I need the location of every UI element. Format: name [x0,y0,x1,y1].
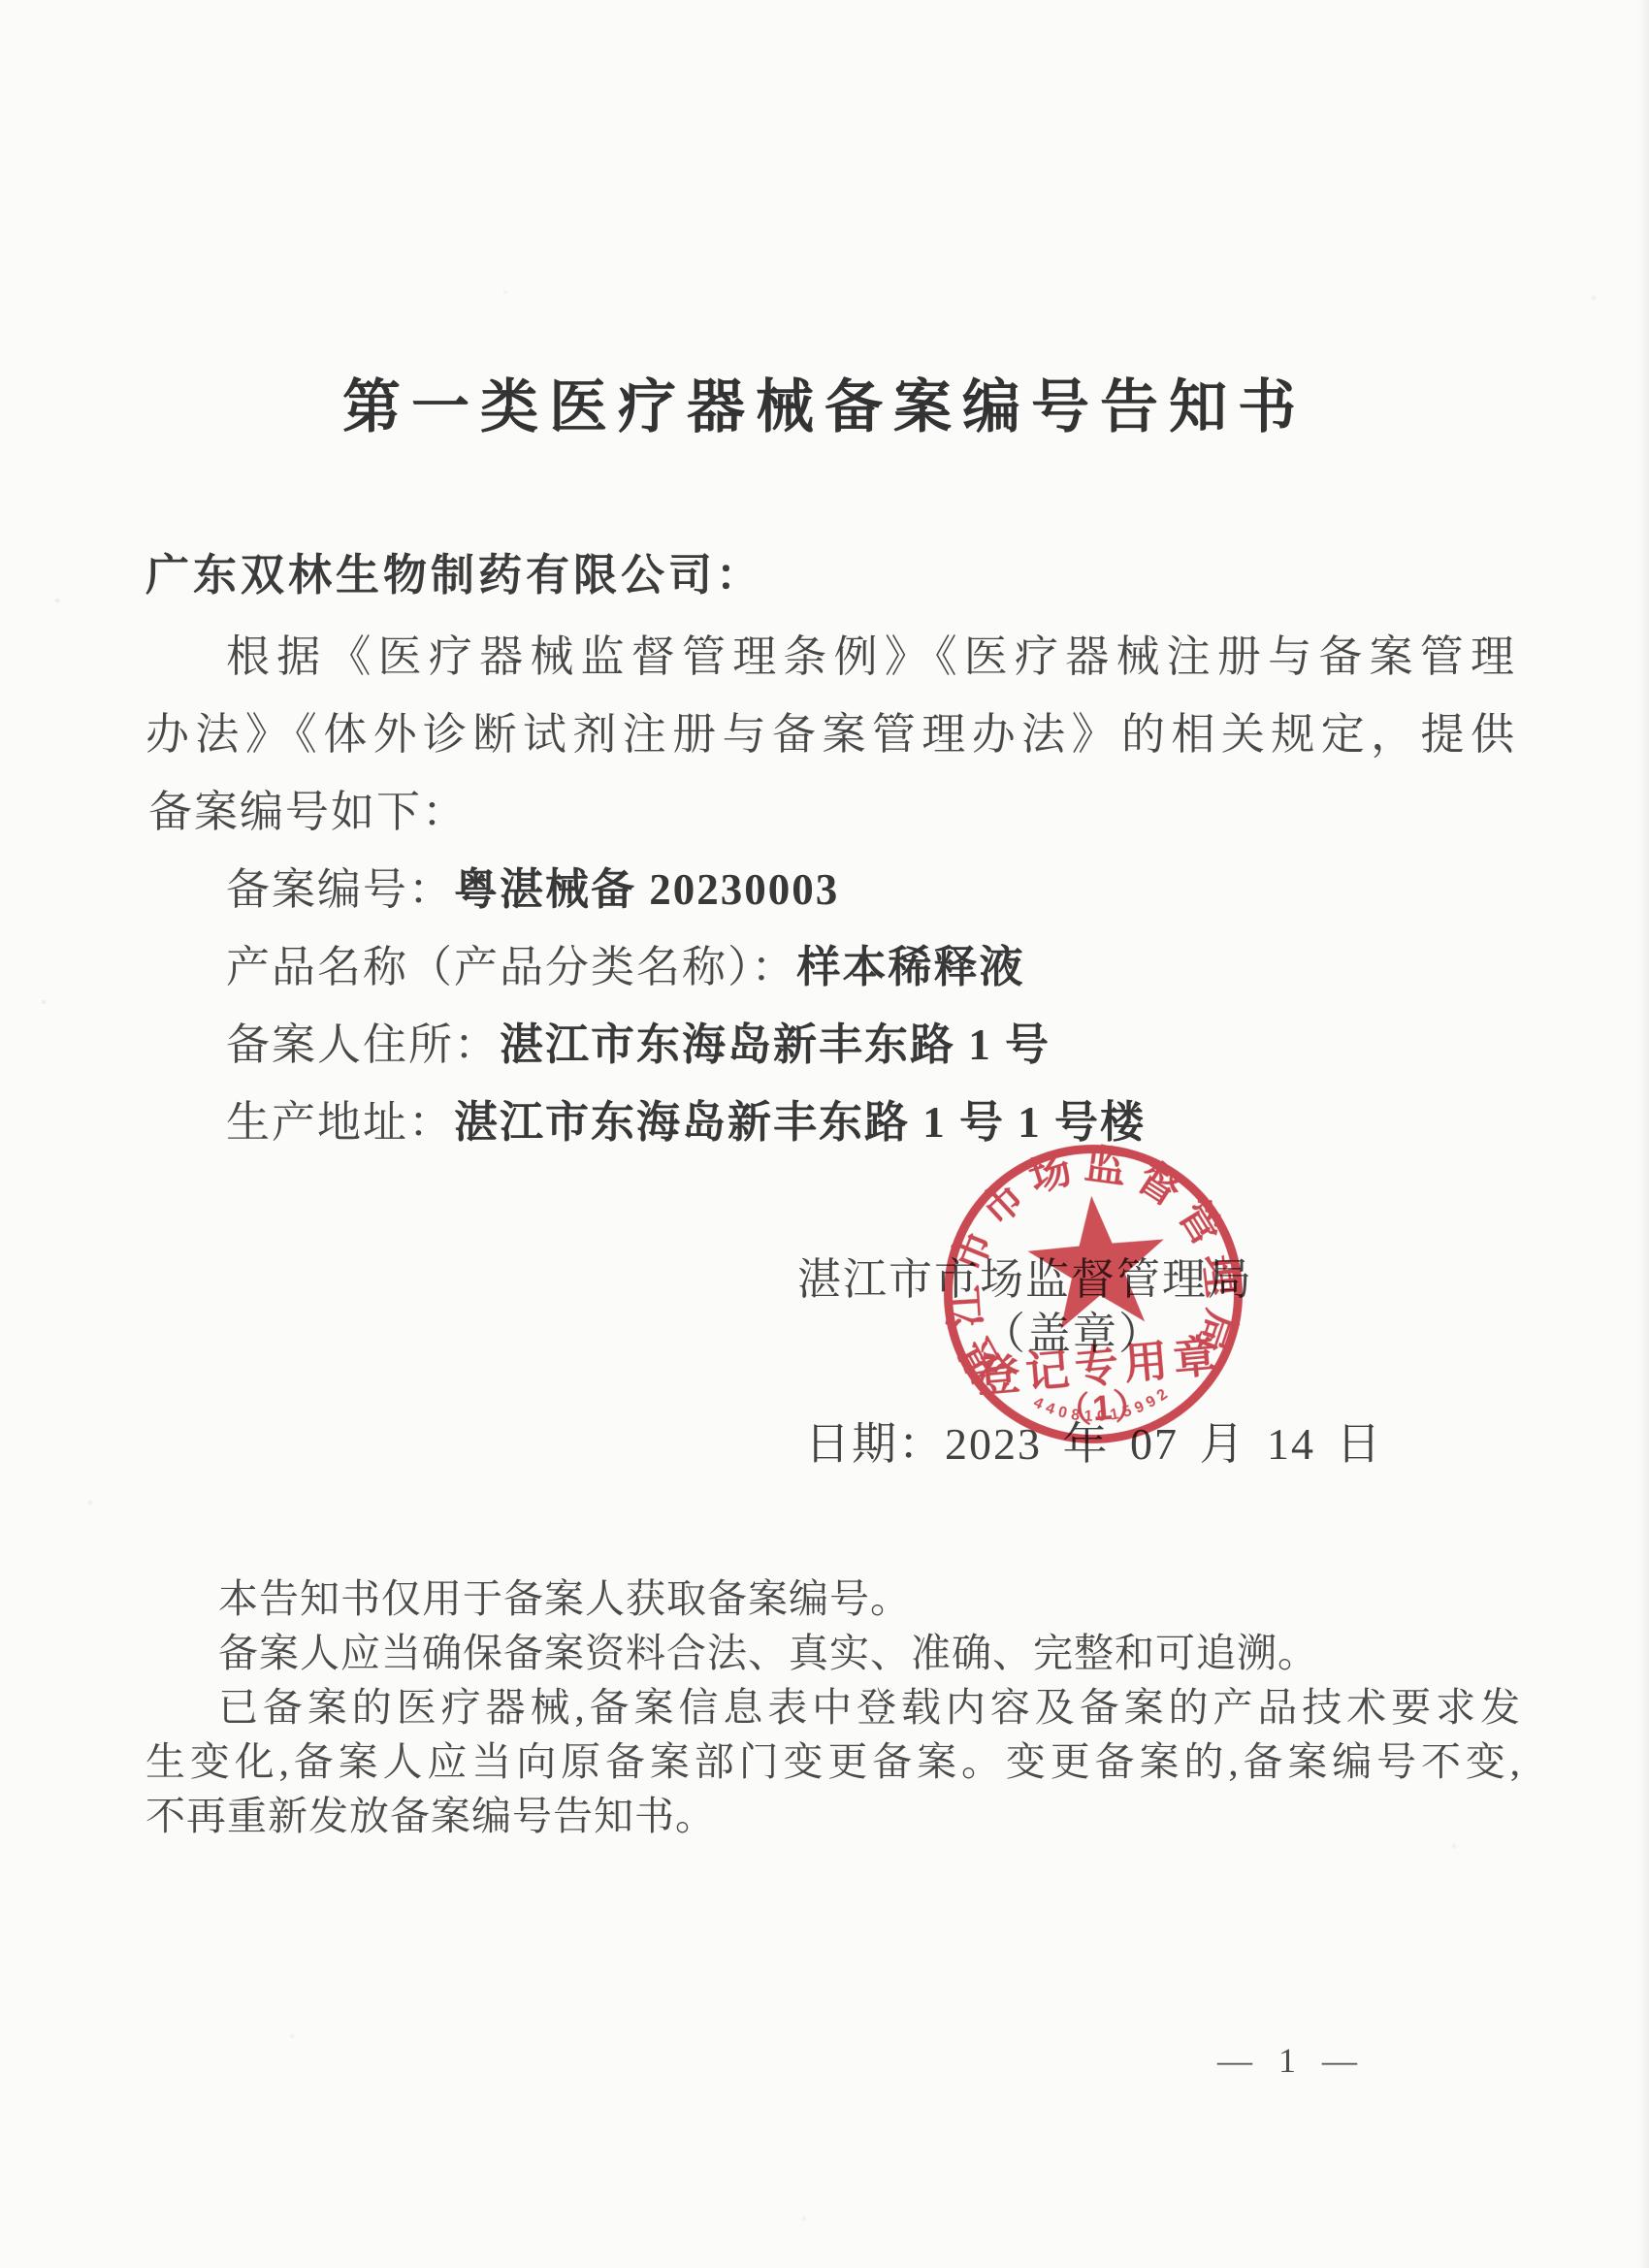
note-line-4: 生变化,备案人应当向原备案部门变更备案。变更备案的,备案编号不变, [145,1730,1521,1787]
official-seal-stamp: 湛江市市场监督管理局 44081015992 登记专用章 （1） [931,1132,1255,1456]
star-icon [1023,1190,1171,1332]
intro-paragraph-line-1: 根据《医疗器械监督管理条例》《医疗器械注册与备案管理 [226,621,1516,684]
note-line-1: 本告知书仅用于备案人获取备案编号。 [218,1567,911,1624]
product-name-row: 产品名称（产品分类名称）：样本稀释液 [226,931,1025,994]
page-number: — 1 — [1217,2040,1359,2081]
production-address-label: 生产地址： [226,1098,454,1147]
registrant-address-label: 备案人住所： [226,1021,500,1069]
scan-edge-shadow [1639,0,1649,2268]
intro-paragraph-line-3: 备案编号如下： [148,776,468,839]
intro-paragraph-line-2: 办法》《体外诊断试剂注册与备案管理办法》的相关规定，提供 [145,698,1516,761]
note-line-2: 备案人应当确保备案资料合法、真实、准确、完整和可追溯。 [218,1621,1318,1678]
filing-number-label: 备案编号： [226,865,454,914]
registrant-address-value: 湛江市东海岛新丰东路 1 号 [500,1021,1051,1069]
product-name-value: 样本稀释液 [797,943,1025,991]
scan-noise-speckles [0,0,2,2]
document-title: 第一类医疗器械备案编号告知书 [0,361,1649,444]
filing-number-value: 粤湛械备 20230003 [454,865,839,914]
product-name-label: 产品名称（产品分类名称）： [226,943,797,991]
filing-number-row: 备案编号：粤湛械备 20230003 [226,854,839,917]
note-line-5: 不再重新发放备案编号告知书。 [145,1784,716,1841]
note-line-3: 已备案的医疗器械,备案信息表中登载内容及备案的产品技术要求发 [218,1675,1521,1733]
production-address-row: 生产地址：湛江市东海岛新丰东路 1 号 1 号楼 [226,1086,1146,1150]
registrant-address-row: 备案人住所：湛江市东海岛新丰东路 1 号 [226,1009,1051,1072]
production-address-value: 湛江市东海岛新丰东路 1 号 1 号楼 [454,1098,1146,1147]
recipient-company: 广东双林生物制药有限公司： [145,539,763,602]
